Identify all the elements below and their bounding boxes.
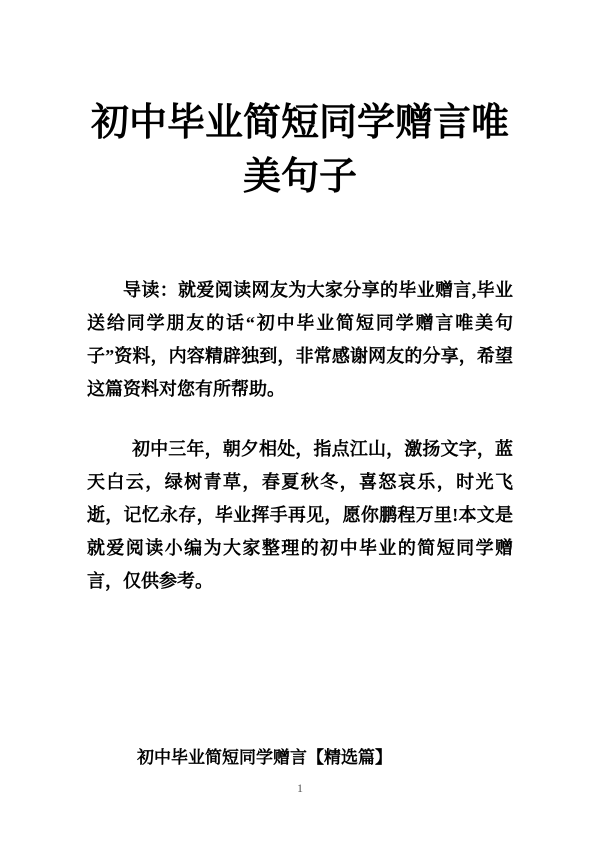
document-title-line2: 美句子 bbox=[243, 156, 357, 198]
page-number: 1 bbox=[0, 781, 600, 795]
body-paragraph: 初中三年，朝夕相处，指点江山，激扬文字，蓝天白云，绿树青草，春夏秋冬，喜怒哀乐，… bbox=[87, 433, 513, 598]
document-title: 初中毕业简短同学赠言唯 美句子 bbox=[70, 96, 530, 204]
document-title-line1: 初中毕业简短同学赠言唯 bbox=[91, 102, 509, 144]
section-heading: 初中毕业简短同学赠言【精选篇】 bbox=[87, 746, 513, 770]
document-page: 初中毕业简短同学赠言唯 美句子 导读：就爱阅读网友为大家分享的毕业赠言,毕业送给… bbox=[0, 0, 600, 848]
intro-paragraph: 导读：就爱阅读网友为大家分享的毕业赠言,毕业送给同学朋友的话“初中毕业简短同学赠… bbox=[87, 274, 513, 406]
